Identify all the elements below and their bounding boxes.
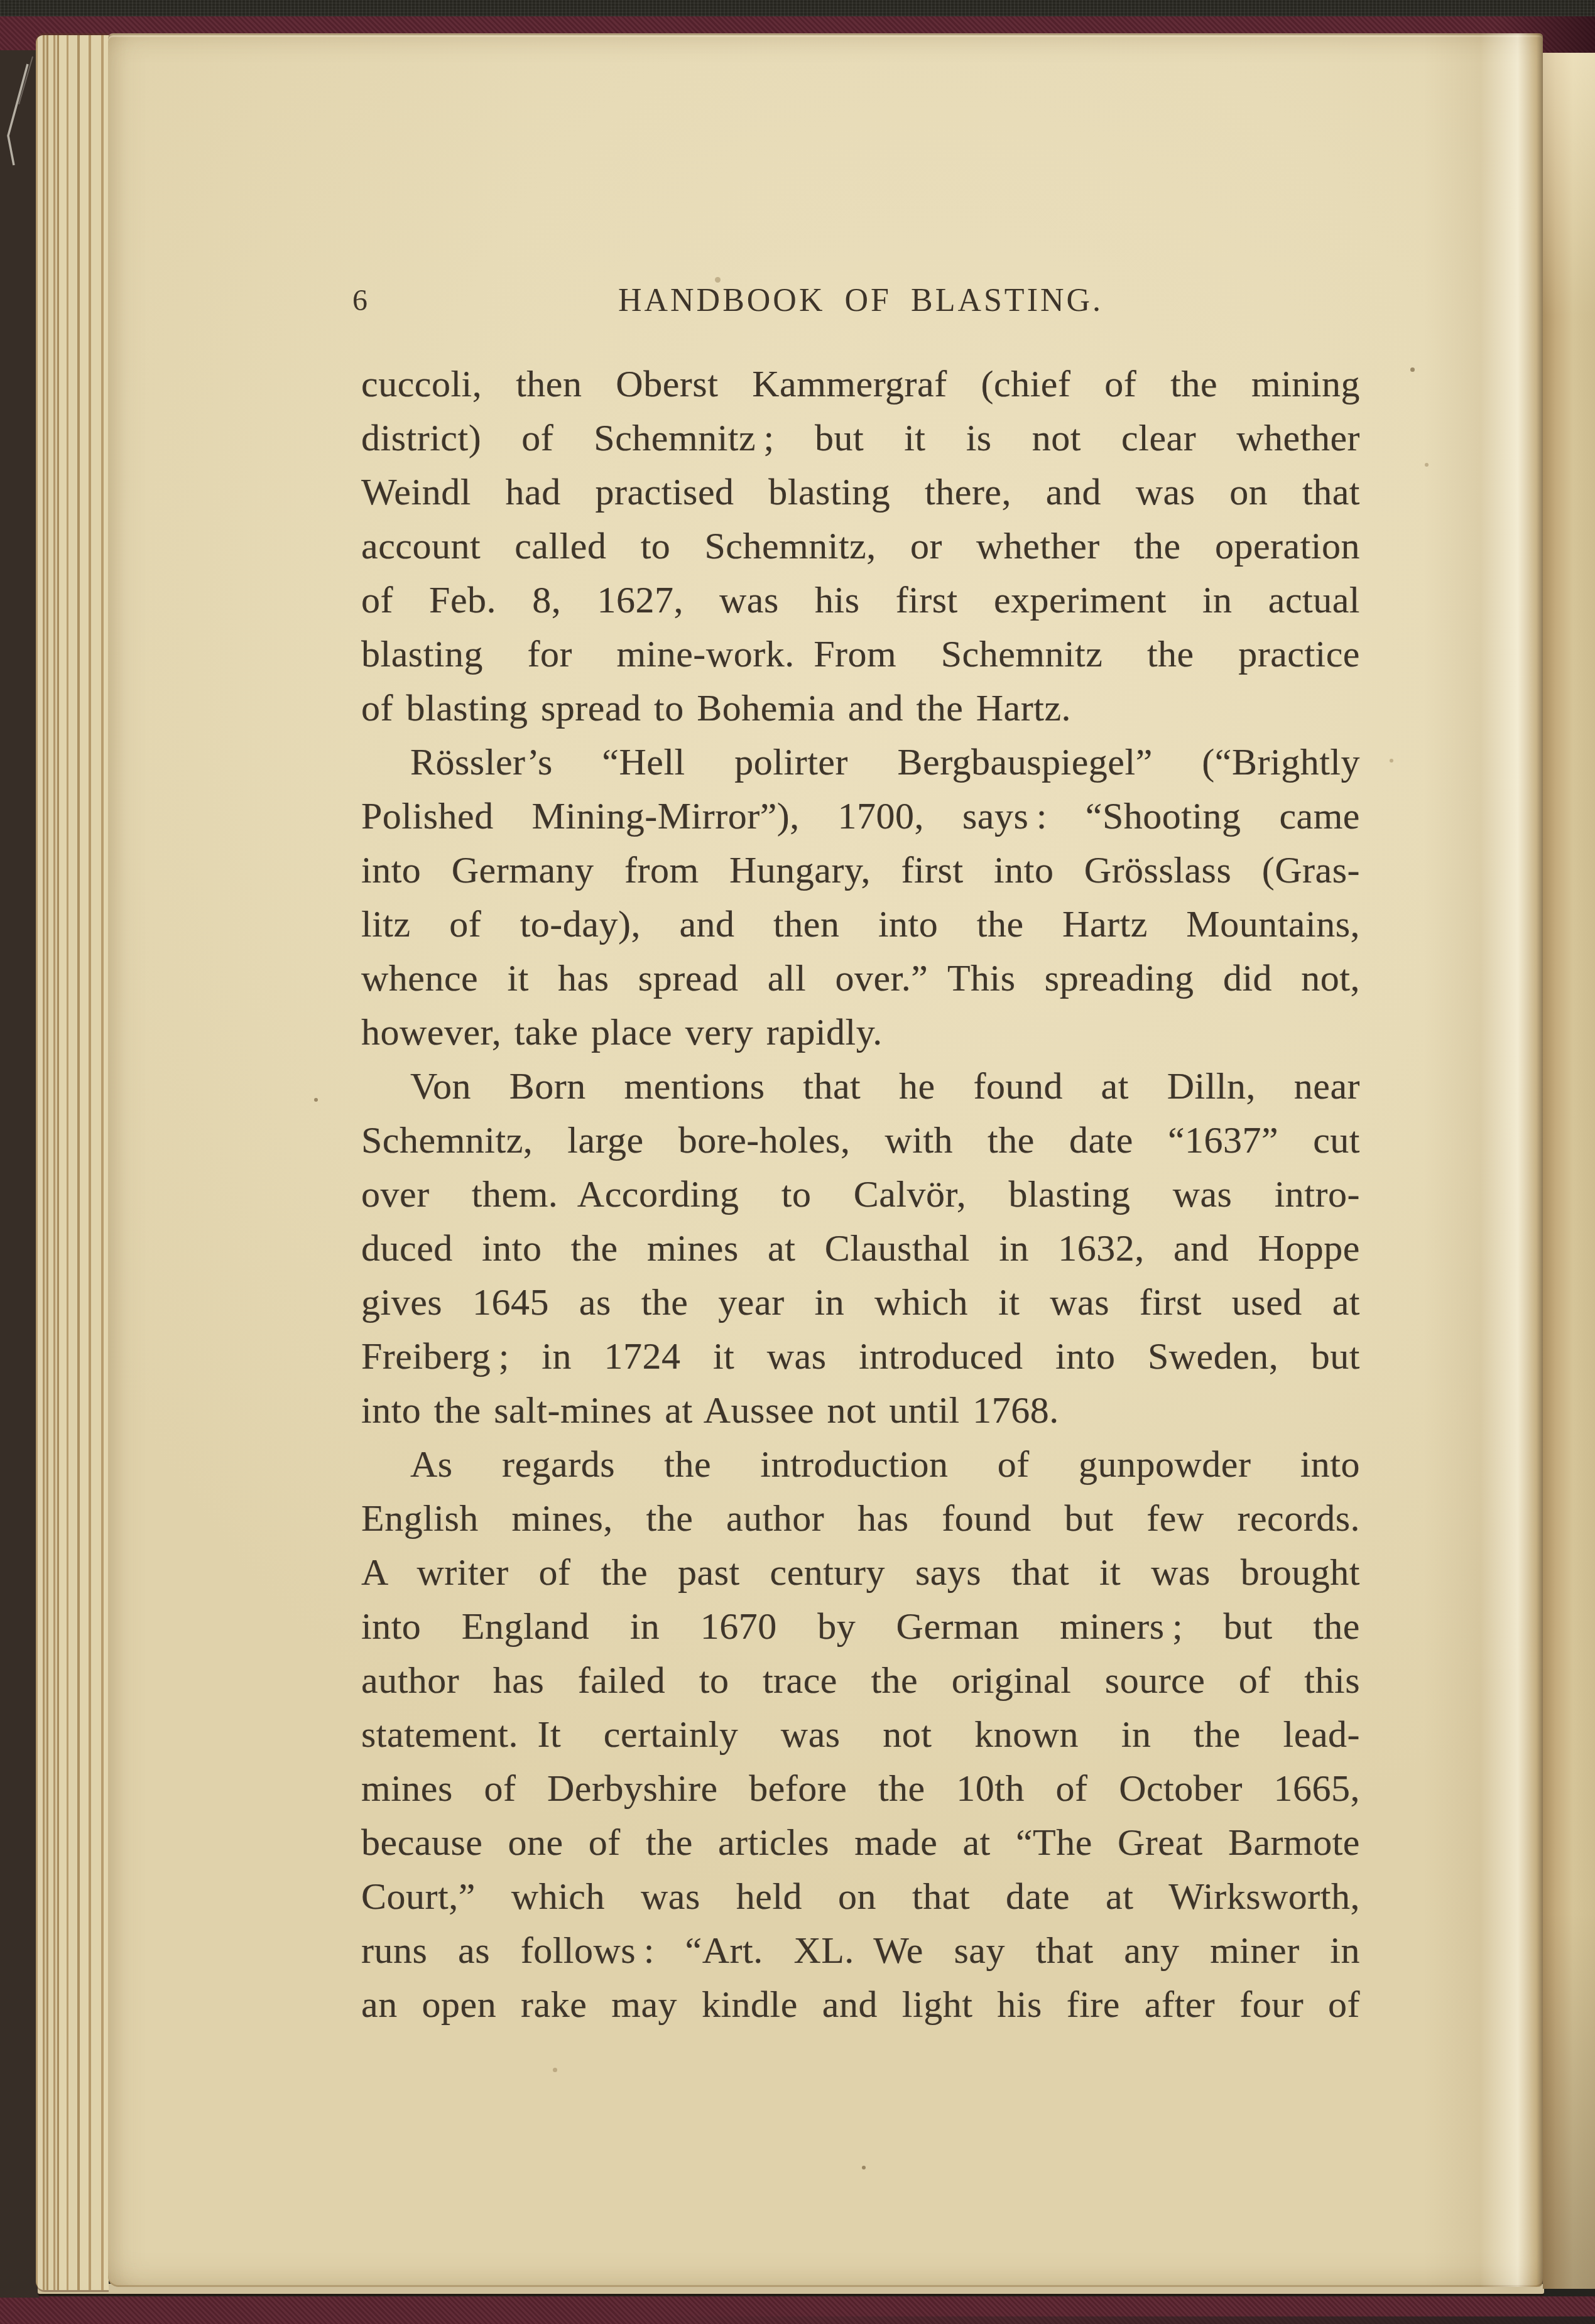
page-stack-fore-edges <box>36 35 109 2290</box>
paper-speck <box>862 2166 866 2169</box>
text-line: mines of Derbyshire before the 10th of O… <box>361 1761 1360 1815</box>
text-line: gives 1645 as the year in which it was f… <box>361 1275 1360 1329</box>
text-line: A writer of the past century says that i… <box>361 1545 1360 1599</box>
text-line: into Germany from Hungary, first into Gr… <box>361 843 1360 897</box>
text-line: Weindl had practised blasting there, and… <box>361 465 1360 519</box>
book-scan-photo: 6 HANDBOOK OF BLASTING. cuccoli, then Ob… <box>0 0 1595 2324</box>
text-line: of Feb. 8, 1627, was his first experimen… <box>361 573 1360 627</box>
text-line: cuccoli, then Oberst Kammergraf (chief o… <box>361 357 1360 411</box>
text-line: because one of the articles made at “The… <box>361 1815 1360 1869</box>
text-line: Freiberg ; in 1724 it was introduced int… <box>361 1329 1360 1383</box>
text-line: account called to Schemnitz, or whether … <box>361 519 1360 573</box>
book-cover-bottom-edge <box>0 2296 1595 2324</box>
text-line: As regards the introduction of gunpowder… <box>361 1437 1360 1491</box>
paper-speck <box>1390 759 1393 763</box>
inner-cover-board <box>0 50 39 2298</box>
page-content: 6 HANDBOOK OF BLASTING. cuccoli, then Ob… <box>361 33 1360 2287</box>
text-line: into the salt-mines at Aussee not until … <box>361 1383 1360 1437</box>
text-line: into England in 1670 by German miners ; … <box>361 1599 1360 1653</box>
text-line: litz of to-day), and then into the Hartz… <box>361 897 1360 951</box>
text-line: blasting for mine-work. From Schemnitz t… <box>361 627 1360 681</box>
text-line: Polished Mining-Mirror”), 1700, says : “… <box>361 789 1360 843</box>
text-line: Court,” which was held on that date at W… <box>361 1869 1360 1923</box>
text-line: English mines, the author has found but … <box>361 1491 1360 1545</box>
text-line: Rössler’s “Hell polirter Bergbauspiegel”… <box>361 735 1360 789</box>
text-line: of blasting spread to Bohemia and the Ha… <box>361 681 1360 735</box>
running-header-title: HANDBOOK OF BLASTING. <box>361 285 1360 317</box>
body-text: cuccoli, then Oberst Kammergraf (chief o… <box>361 357 1360 2031</box>
text-line: an open rake may kindle and light his fi… <box>361 1977 1360 2031</box>
paper-speck <box>314 1098 318 1102</box>
paper-speck <box>553 2068 557 2072</box>
text-line: whence it has spread all over.” This spr… <box>361 951 1360 1005</box>
text-line: statement. It certainly was not known in… <box>361 1707 1360 1761</box>
text-line: duced into the mines at Clausthal in 163… <box>361 1221 1360 1275</box>
text-line: Schemnitz, large bore-holes, with the da… <box>361 1113 1360 1167</box>
text-line: however, take place very rapidly. <box>361 1005 1360 1059</box>
next-page-gutter-edge <box>1543 53 1595 2289</box>
paper-speck <box>1410 367 1415 372</box>
text-line: over them. According to Calvör, blasting… <box>361 1167 1360 1221</box>
paper-speck <box>1425 463 1429 467</box>
text-line: author has failed to trace the original … <box>361 1653 1360 1707</box>
text-line: Von Born mentions that he found at Dilln… <box>361 1059 1360 1113</box>
paper-speck <box>715 277 721 283</box>
text-line: runs as follows : “Art. XL. We say that … <box>361 1923 1360 1977</box>
book-page: 6 HANDBOOK OF BLASTING. cuccoli, then Ob… <box>108 33 1543 2287</box>
scratch-mark <box>0 55 39 219</box>
text-line: district) of Schemnitz ; but it is not c… <box>361 411 1360 465</box>
running-head-row: 6 HANDBOOK OF BLASTING. <box>361 285 1360 317</box>
